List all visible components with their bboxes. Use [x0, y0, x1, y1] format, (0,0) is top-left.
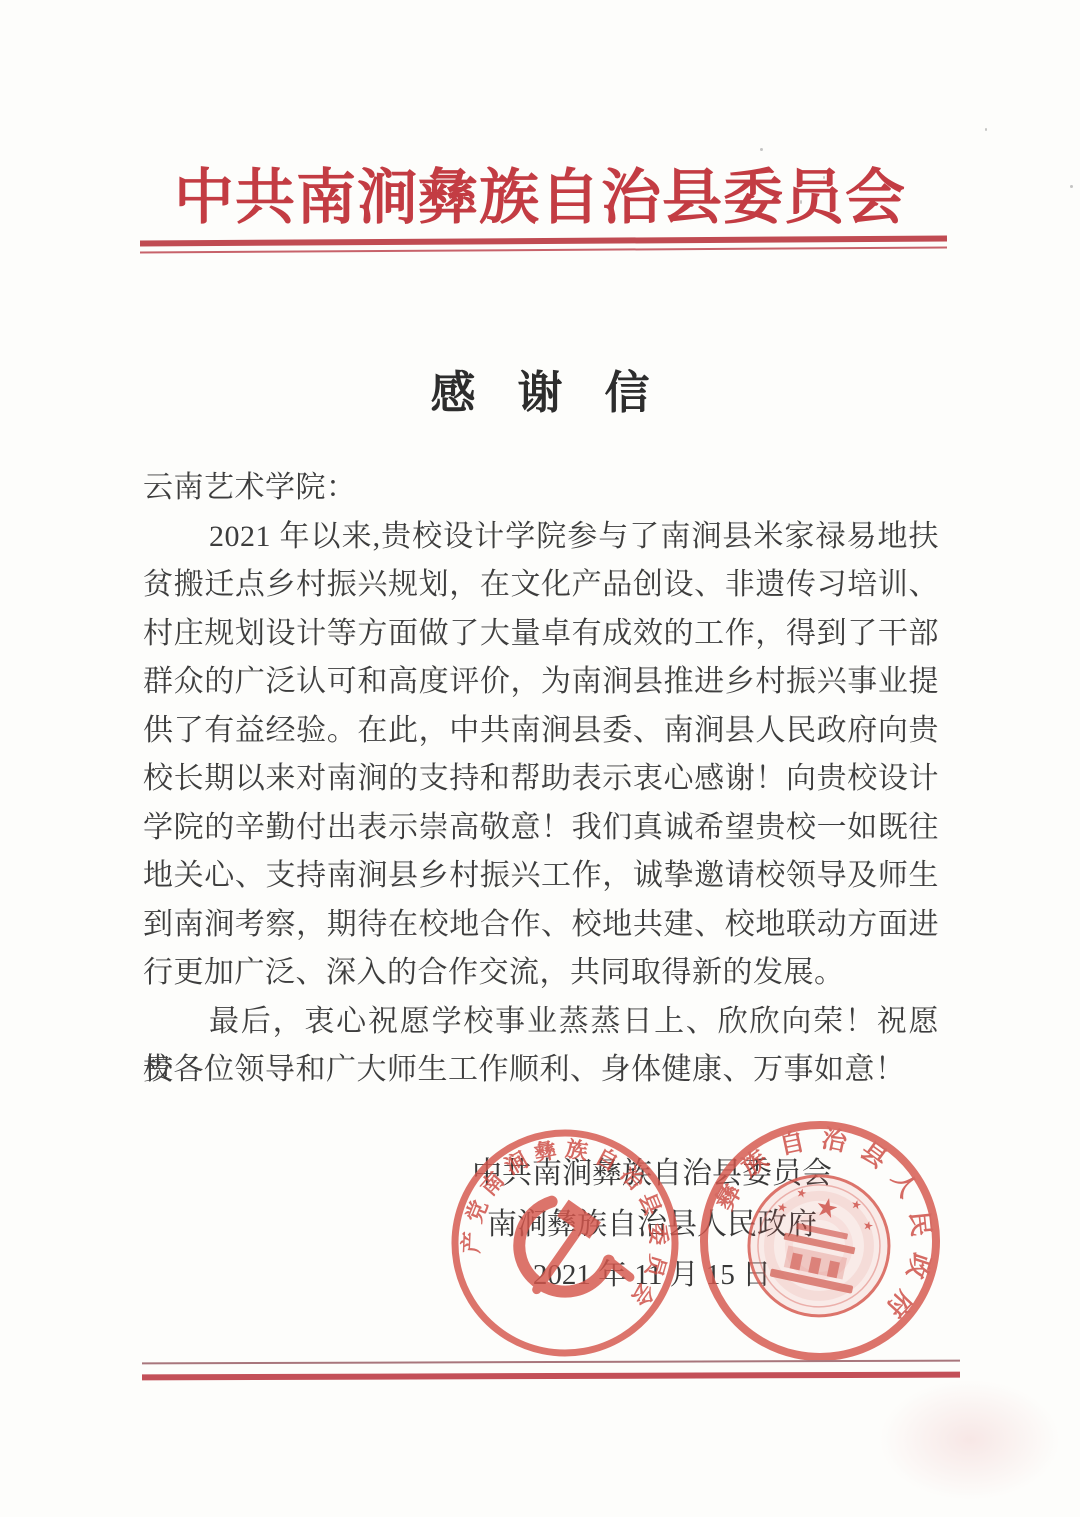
body-line: 到南涧考察，期待在校地合作、校地共建、校地联动方面进	[143, 901, 939, 950]
body-line: 校各位领导和广大师生工作顺利、身体健康、万事如意！	[143, 1046, 939, 1095]
salutation: 云南艺术学院：	[143, 464, 939, 513]
scan-speck	[1070, 185, 1073, 188]
signature-block: 中共南涧彝族自治县委员会 南涧彝族自治县人民政府 2021 年 11 月 15 …	[432, 1148, 872, 1301]
body-line: 群众的广泛认可和高度评价，为南涧县推进乡村振兴事业提	[143, 658, 939, 707]
scan-speck	[823, 176, 825, 179]
footer-rule-thin	[142, 1360, 960, 1365]
body-line: 贫搬迁点乡村振兴规划，在文化产品创设、非遗传习培训、	[143, 561, 939, 610]
signature-org-committee: 中共南涧彝族自治县委员会	[432, 1148, 872, 1199]
letterhead-rule-thin	[140, 247, 947, 254]
body-line: 学院的辛勤付出表示崇高敬意！我们真诚希望贵校一如既往	[143, 804, 939, 853]
body-line: 地关心、支持南涧县乡村振兴工作，诚挚邀请校领导及师生	[143, 852, 939, 901]
scan-speck	[800, 200, 802, 204]
body-line: 供了有益经验。在此，中共南涧县委、南涧县人民政府向贵	[143, 707, 939, 756]
body-line: 最后，衷心祝愿学校事业蒸蒸日上、欣欣向荣！祝愿贵	[143, 998, 939, 1047]
letterhead-rule-thick	[140, 236, 947, 247]
body-line: 2021 年以来,贵校设计学院参与了南涧县米家禄易地扶	[143, 513, 939, 562]
signature-org-government: 南涧彝族自治县人民政府	[432, 1199, 872, 1250]
letterhead-title: 中共南涧彝族自治县委员会	[0, 150, 1080, 236]
letter-title: 感谢信	[0, 356, 1080, 421]
scan-blush	[880, 1380, 1060, 1500]
scan-speck	[760, 148, 763, 151]
signature-date: 2021 年 11 月 15 日	[432, 1250, 872, 1301]
footer-rule-thick	[142, 1372, 960, 1381]
scan-speck	[985, 128, 987, 131]
body-line: 校长期以来对南涧的支持和帮助表示衷心感谢！向贵校设计	[143, 755, 939, 804]
body-line: 村庄规划设计等方面做了大量卓有成效的工作，得到了干部	[143, 610, 939, 659]
letter-body: 云南艺术学院： 2021 年以来,贵校设计学院参与了南涧县米家禄易地扶 贫搬迁点…	[143, 464, 939, 1095]
letter-page: 中共南涧彝族自治县委员会 感谢信 云南艺术学院： 2021 年以来,贵校设计学院…	[0, 0, 1080, 1517]
body-line: 行更加广泛、深入的合作交流，共同取得新的发展。	[143, 949, 939, 998]
